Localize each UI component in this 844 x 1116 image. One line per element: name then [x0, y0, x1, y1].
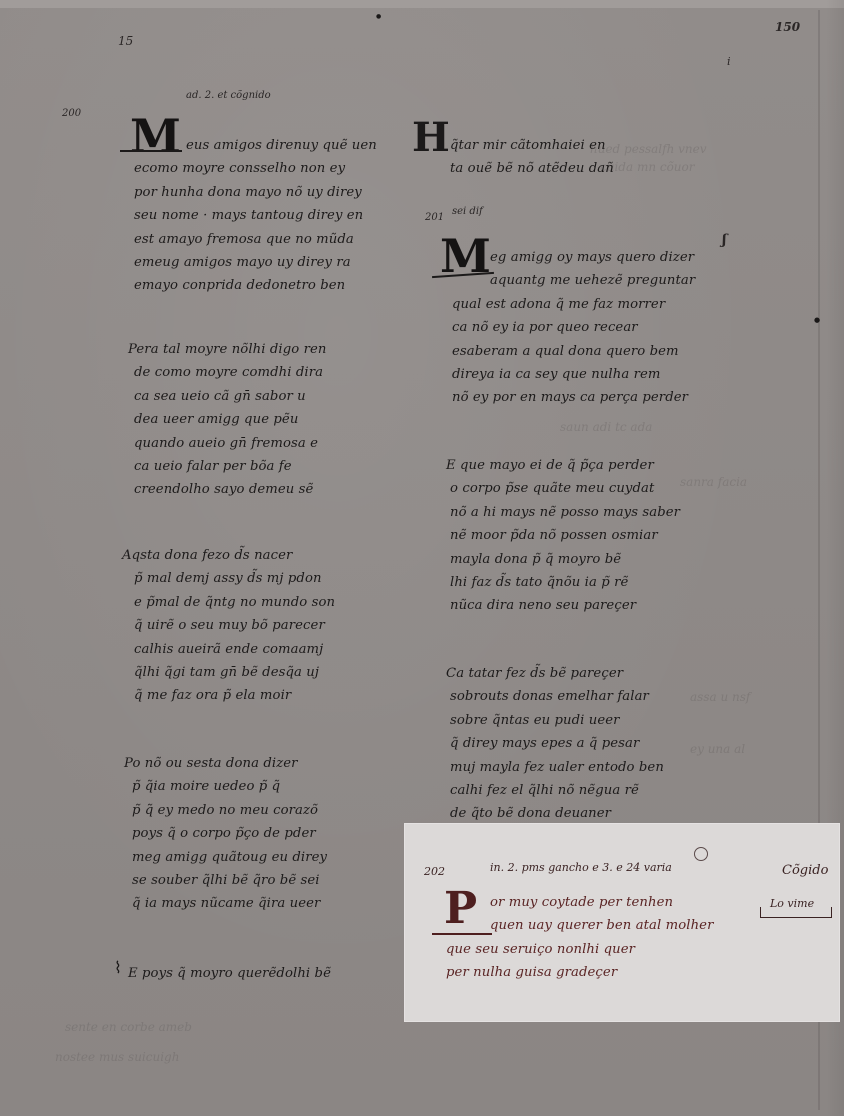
stanza-highlighted: or muy coytade per tenhen quen uay quere… [446, 891, 714, 985]
poem-number-202: 202 [424, 865, 445, 878]
verse-line: esaberam a qual dona quero bem [452, 340, 695, 363]
verse-line: quen uay querer ben atal molher [446, 914, 714, 937]
verse-line: nũca dira neno seu pareçer [446, 594, 680, 617]
verse-line: meg amigg quãtoug eu direy [124, 846, 327, 869]
poem-202-heading-note: in. 2. pms gancho e 3. e 24 varia [490, 861, 672, 874]
verse-line: Pera tal moyre nõlhi digo ren [128, 338, 327, 361]
verse-line: q̃tar mir cãtomhaiei en [450, 134, 614, 157]
poem-201-heading-note: sei dif [452, 206, 483, 217]
bleed-through-text: sente en corbe ameb [65, 1020, 192, 1034]
stanza-left-3: Aqsta dona fezo d̃s nacer p̃ mal demj as… [122, 544, 335, 708]
margin-mark: ʃ [722, 232, 727, 248]
stanza-right-3: Ca tatar fez d̃s bẽ pareçer sobrouts don… [446, 662, 664, 826]
verse-line: nõ ey por en mays ca perça perder [452, 386, 695, 409]
verse-line: se souber q̃lhi bẽ q̃ro bẽ sei [124, 869, 327, 892]
verse-line: per nulha guisa gradeçer [446, 961, 714, 984]
bleed-through-text: sanra facia [680, 475, 747, 489]
verse-line: que seu seruiço nonlhi quer [446, 938, 714, 961]
verse-line: sobre q̃ntas eu pudi ueer [446, 709, 664, 732]
verse-line: ca nõ ey ia por queo recear [452, 316, 695, 339]
verse-line: qual est adona q̃ me faz morrer [452, 293, 695, 316]
folio-number: 150 [775, 20, 800, 34]
bleed-through-text: saun adi tc ada [560, 420, 652, 434]
verse-line: nẽ moor p̃da nõ possen osmiar [446, 524, 680, 547]
margin-note-top: Cõgido [782, 863, 828, 878]
verse-line: nõ a hi mays nẽ posso mays saber [446, 501, 680, 524]
verse-line: q̃ direy mays epes a q̃ pesar [446, 732, 664, 755]
verse-line: p̃ mal demj assy d̃s mj pdon [122, 567, 335, 590]
circle-mark-icon [694, 847, 708, 861]
verse-line: q̃ ia mays nũcame q̃ira ueer [124, 892, 327, 915]
decorated-initial-h-fragment: H [412, 118, 450, 158]
verse-line: seu nome · mays tantoug direy en [134, 204, 377, 227]
stanza-left-4: Po nõ ou sesta dona dizer p̃ q̃ia moire … [124, 752, 327, 916]
margin-bracket-mark: ⌇ [114, 958, 122, 977]
verse-line: E que mayo ei de q̃ p̃ça perder [446, 454, 680, 477]
stanza-left-2: Pera tal moyre nõlhi digo ren de como mo… [128, 338, 327, 502]
ink-dot-icon: ● [814, 316, 820, 324]
verse-line: calhi fez el q̃lhi nõ nẽgua rẽ [446, 779, 664, 802]
verse-line: ca ueio falar per bõa fe [128, 455, 327, 478]
bleed-through-text: nostee mus suicuigh [55, 1050, 179, 1064]
poem-number-200: 200 [62, 108, 81, 119]
highlighted-poem-region[interactable]: 202 in. 2. pms gancho e 3. e 24 varia Cõ… [404, 823, 840, 1022]
verse-line: mayla dona p̃ q̃ moyro bẽ [446, 548, 680, 571]
verse-line: Aqsta dona fezo d̃s nacer [122, 544, 335, 567]
verse-line: q̃ uirẽ o seu muy bõ parecer [122, 614, 335, 637]
verse-line: eus amigos direnuy quẽ uen [134, 134, 377, 157]
verse-line: est amayo fremosa que no mũda [134, 228, 377, 251]
stanza-left-5: E poys q̃ moyro querẽdolhi bẽ [128, 962, 331, 985]
top-left-mark: 15 [118, 34, 133, 48]
verse-line: q̃lhi q̃gi tam gn̄ bẽ desq̃a uj [122, 661, 335, 684]
ink-dot-icon: ● [376, 13, 381, 20]
verse-line: or muy coytade per tenhen [446, 891, 714, 914]
verse-line: p̃ q̃ ey medo no meu corazõ [124, 799, 327, 822]
bleed-through-text: cuida mn cõuor [600, 160, 695, 174]
manuscript-page: hued pessalfh vnev cuida mn cõuor saun a… [0, 0, 844, 1116]
verse-line: ecomo moyre consselho non ey [134, 157, 377, 180]
verse-line: dea ueer amigg que pẽu [128, 408, 327, 431]
verse-line: Po nõ ou sesta dona dizer [124, 752, 327, 775]
stanza-right-1: eg amigg oy mays quero dizer aquantg me … [452, 246, 695, 410]
verse-line: o corpo p̃se quãte meu cuydat [446, 477, 680, 500]
stanza-right-2: E que mayo ei de q̃ p̃ça perder o corpo … [446, 454, 680, 618]
corner-mark: i [727, 55, 731, 68]
stanza-left-1: eus amigos direnuy quẽ uen ecomo moyre c… [134, 134, 377, 298]
verse-line: de como moyre comdhi dira [128, 361, 327, 384]
verse-line: creendolho sayo demeu sẽ [128, 478, 327, 501]
verse-line: aquantg me uehezẽ preguntar [452, 269, 695, 292]
verse-line: direya ia ca sey que nulha rem [452, 363, 695, 386]
verse-line: muj mayla fez ualer entodo ben [446, 756, 664, 779]
verse-line: ca sea ueio cã gn̄ sabor u [128, 385, 327, 408]
verse-line: e p̃mal de q̃ntg no mundo son [122, 591, 335, 614]
bleed-through-text: ey una al [690, 742, 745, 756]
verse-line: calhis aueirã ende comaamj [122, 638, 335, 661]
poem-200-heading-note: ad. 2. et cõgnido [186, 90, 271, 101]
verse-line: poys q̃ o corpo p̃ço de pder [124, 822, 327, 845]
verse-line: por hunha dona mayo nõ uy direy [134, 181, 377, 204]
verse-line: q̃ me faz ora p̃ ela moir [122, 684, 335, 707]
verse-line: emeug amigos mayo uy direy ra [134, 251, 377, 274]
verse-line: sobrouts donas emelhar falar [446, 685, 664, 708]
verse-line: lhi faz d̃s tato q̃nõu ia p̃ rẽ [446, 571, 680, 594]
bleed-through-text: assa u nsf [690, 690, 750, 704]
verse-line: p̃ q̃ia moire uedeo p̃ q̃ [124, 775, 327, 798]
margin-bracket [760, 907, 832, 918]
stanza-right-top-continuation: q̃tar mir cãtomhaiei en ta ouẽ bẽ nõ atẽ… [450, 134, 614, 181]
verse-line: emayo conprida dedonetro ben [134, 274, 377, 297]
verse-line: Ca tatar fez d̃s bẽ pareçer [446, 662, 664, 685]
poem-number-201: 201 [425, 212, 444, 223]
verse-line: E poys q̃ moyro querẽdolhi bẽ [128, 962, 331, 985]
verse-line: eg amigg oy mays quero dizer [452, 246, 695, 269]
verse-line: quando aueio gn̄ fremosa e [128, 432, 327, 455]
verse-line: ta ouẽ bẽ nõ atẽdeu dañ [450, 157, 614, 180]
page-top-edge [0, 0, 844, 8]
